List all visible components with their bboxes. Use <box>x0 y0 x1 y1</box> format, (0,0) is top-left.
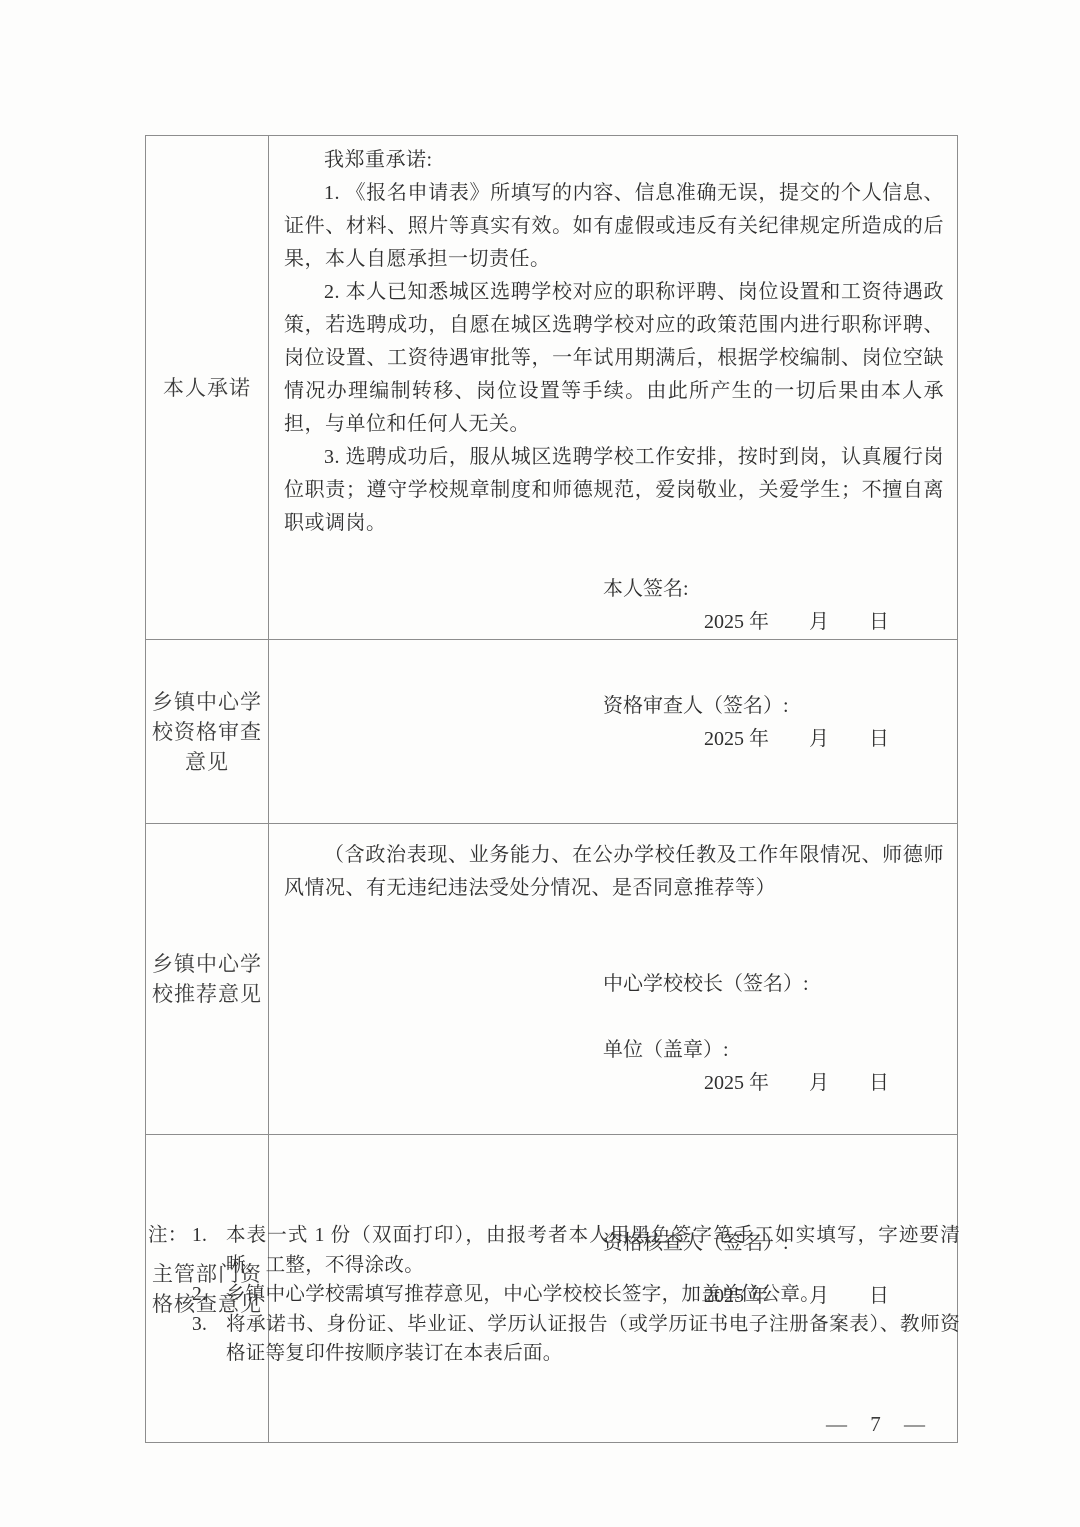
self-signature-label: 本人签名: <box>603 573 944 606</box>
note-item-3: 3. 将承诺书、身份证、毕业证、学历认证报告（或学历证书电子注册备案表）、教师资… <box>192 1310 960 1369</box>
note-item-1: 注： 1. 本表一式 1 份（双面打印），由报考者本人用黑色签字笔手工如实填写，… <box>148 1221 960 1280</box>
notes-prefix: 注： <box>148 1221 192 1251</box>
commitment-intro: 我郑重承诺: <box>284 144 944 177</box>
reviewer-signature-label: 资格审查人（签名）: <box>603 690 944 723</box>
commitment-item-2: 2. 本人已知悉城区选聘学校对应的职称评聘、岗位设置和工资待遇政策，若选聘成功，… <box>284 276 944 441</box>
row-label-personal-commitment: 本人承诺 <box>146 136 269 640</box>
note-text: 本表一式 1 份（双面打印），由报考者本人用黑色签字笔手工如实填写，字迹要清晰、… <box>226 1221 960 1280</box>
commitment-item-3: 3. 选聘成功后，服从城区选聘学校工作安排，按时到岗，认真履行岗位职责；遵守学校… <box>284 441 944 540</box>
commitment-date-line: 2025 年 月 日 <box>704 606 944 639</box>
review-date-line: 2025 年 月 日 <box>704 723 944 756</box>
personal-commitment-cell: 我郑重承诺: 1. 《报名申请表》所填写的内容、信息准确无误，提交的个人信息、证… <box>269 136 958 640</box>
principal-signature-label: 中心学校校长（签名）: <box>603 968 944 1001</box>
unit-seal-label: 单位（盖章）: <box>603 1034 944 1067</box>
note-number: 2. <box>192 1280 226 1310</box>
recommendation-date-line: 2025 年 月 日 <box>704 1067 944 1100</box>
commitment-item-1: 1. 《报名申请表》所填写的内容、信息准确无误，提交的个人信息、证件、材料、照片… <box>284 177 944 276</box>
recommendation-cell: （含政治表现、业务能力、在公办学校任教及工作年限情况、师德师风情况、有无违纪违法… <box>269 824 958 1135</box>
note-number: 3. <box>192 1310 226 1340</box>
page-number: — 7 — <box>826 1412 934 1437</box>
note-text: 将承诺书、身份证、毕业证、学历认证报告（或学历证书电子注册备案表）、教师资格证等… <box>226 1310 960 1369</box>
row-label-recommendation: 乡镇中心学 校推荐意见 <box>146 824 269 1135</box>
notes-section: 注： 1. 本表一式 1 份（双面打印），由报考者本人用黑色签字笔手工如实填写，… <box>148 1221 960 1369</box>
recommendation-hint: （含政治表现、业务能力、在公办学校任教及工作年限情况、师德师风情况、有无违纪违法… <box>284 839 944 905</box>
note-text: 乡镇中心学校需填写推荐意见，中心学校校长签字，加盖单位公章。 <box>226 1280 960 1310</box>
row-label-qualification-review: 乡镇中心学 校资格审查 意见 <box>146 640 269 824</box>
row-qualification-review: 乡镇中心学 校资格审查 意见 资格审查人（签名）: 2025 年 月 日 <box>146 640 958 824</box>
row-recommendation: 乡镇中心学 校推荐意见 （含政治表现、业务能力、在公办学校任教及工作年限情况、师… <box>146 824 958 1135</box>
application-form-page: 本人承诺 我郑重承诺: 1. 《报名申请表》所填写的内容、信息准确无误，提交的个… <box>0 0 1080 1527</box>
row-personal-commitment: 本人承诺 我郑重承诺: 1. 《报名申请表》所填写的内容、信息准确无误，提交的个… <box>146 136 958 640</box>
qualification-review-cell: 资格审查人（签名）: 2025 年 月 日 <box>269 640 958 824</box>
note-number: 1. <box>192 1221 226 1251</box>
note-item-2: 2. 乡镇中心学校需填写推荐意见，中心学校校长签字，加盖单位公章。 <box>192 1280 960 1310</box>
